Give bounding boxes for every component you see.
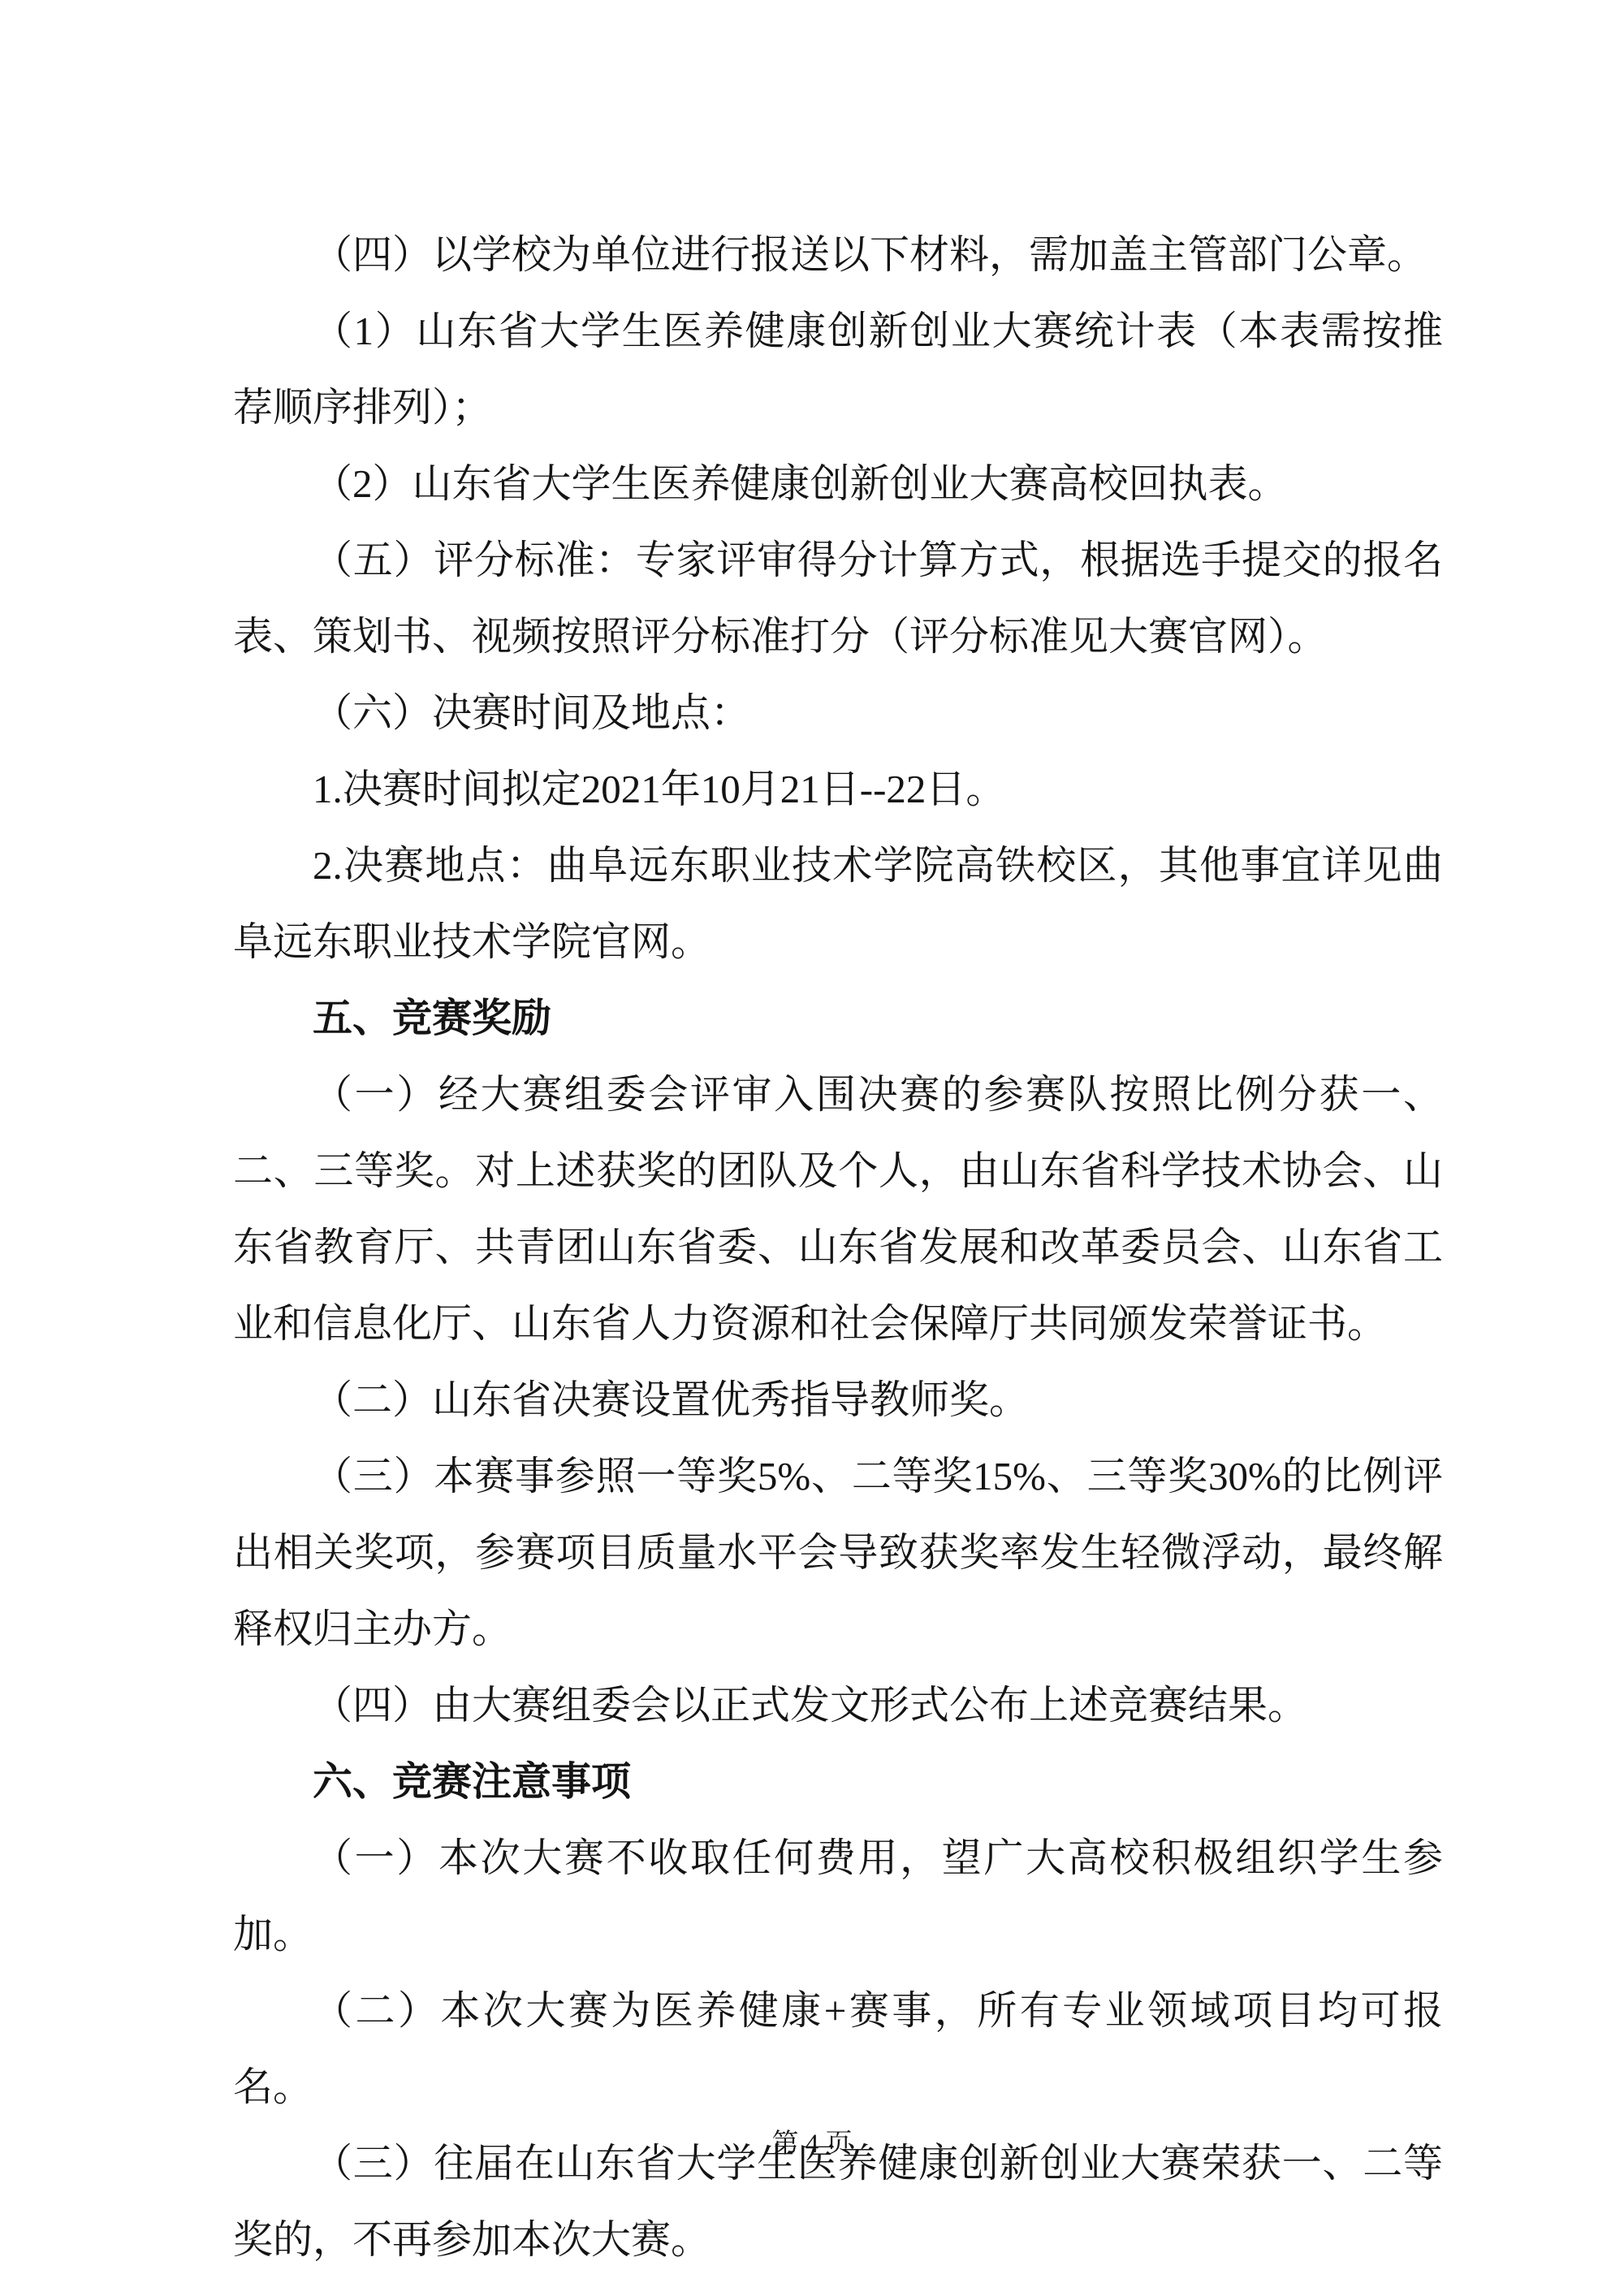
- paragraph: 1.决赛时间拟定2021年10月21日--22日。: [233, 751, 1443, 828]
- paragraph: （1）山东省大学生医养健康创新创业大赛统计表（本表需按推荐顺序排列）；: [233, 293, 1443, 446]
- paragraph: （一）本次大赛不收取任何费用，望广大高校积极组织学生参加。: [233, 1820, 1443, 1973]
- paragraph: 2.决赛地点：曲阜远东职业技术学院高铁校区，其他事宜详见曲阜远东职业技术学院官网…: [233, 828, 1443, 980]
- paragraph: （三）本赛事参照一等奖5%、二等奖15%、三等奖30%的比例评出相关奖项，参赛项…: [233, 1438, 1443, 1667]
- paragraph: （四）以学校为单位进行报送以下材料，需加盖主管部门公章。: [233, 217, 1443, 293]
- page-number-footer: 第 4 页: [0, 2126, 1624, 2162]
- paragraph: （一）经大赛组委会评审入围决赛的参赛队按照比例分获一、二、三等奖。对上述获奖的团…: [233, 1057, 1443, 1362]
- paragraph: （2）山东省大学生医养健康创新创业大赛高校回执表。: [233, 446, 1443, 522]
- paragraph: （六）决赛时间及地点：: [233, 675, 1443, 751]
- paragraph: （四）由大赛组委会以正式发文形式公布上述竞赛结果。: [233, 1667, 1443, 1744]
- paragraph: （二）本次大赛为医养健康+赛事，所有专业领域项目均可报名。: [233, 1973, 1443, 2125]
- section-heading: 六、竞赛注意事项: [233, 1744, 1443, 1820]
- document-page: （四）以学校为单位进行报送以下材料，需加盖主管部门公章。（1）山东省大学生医养健…: [0, 0, 1624, 2296]
- document-body: （四）以学校为单位进行报送以下材料，需加盖主管部门公章。（1）山东省大学生医养健…: [233, 217, 1443, 2278]
- paragraph: （五）评分标准：专家评审得分计算方式，根据选手提交的报名表、策划书、视频按照评分…: [233, 522, 1443, 675]
- paragraph: （二）山东省决赛设置优秀指导教师奖。: [233, 1362, 1443, 1438]
- section-heading: 五、竞赛奖励: [233, 980, 1443, 1057]
